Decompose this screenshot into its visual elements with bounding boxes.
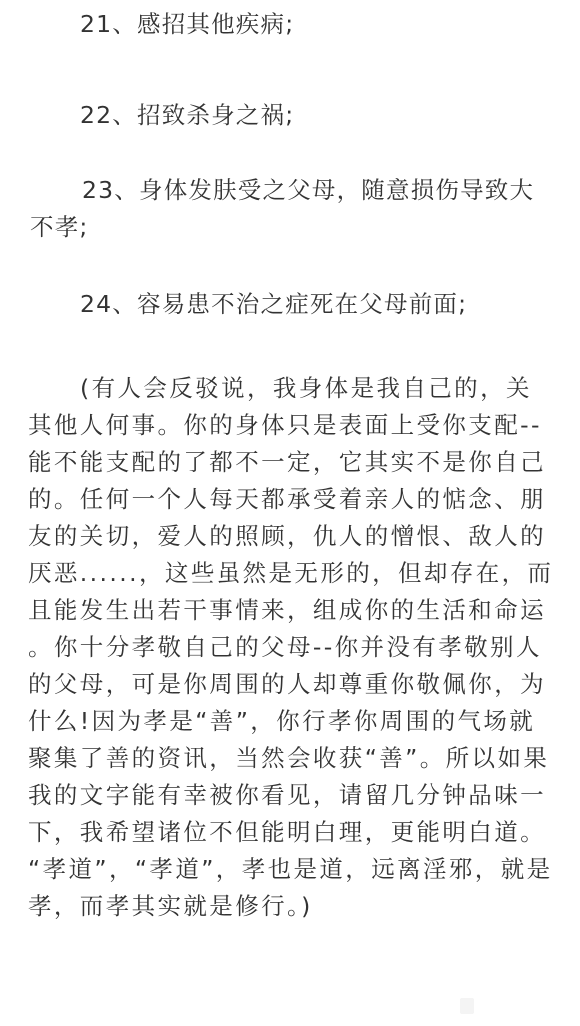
list-item-22: 22、招致杀身之祸; <box>28 97 294 134</box>
list-item-24: 24、容易患不治之症死在父母前面; <box>28 286 467 323</box>
list-item-21: 21、感招其他疾病; <box>28 6 294 43</box>
watermark-icon <box>460 998 474 1014</box>
list-item-23: 23、身体发肤受之父母，随意损伤导致大不孝; <box>30 172 554 246</box>
note-paragraph: (有人会反驳说，我身体是我自己的，关其他人何事。你的身体只是表面上受你支配--能… <box>28 370 554 925</box>
